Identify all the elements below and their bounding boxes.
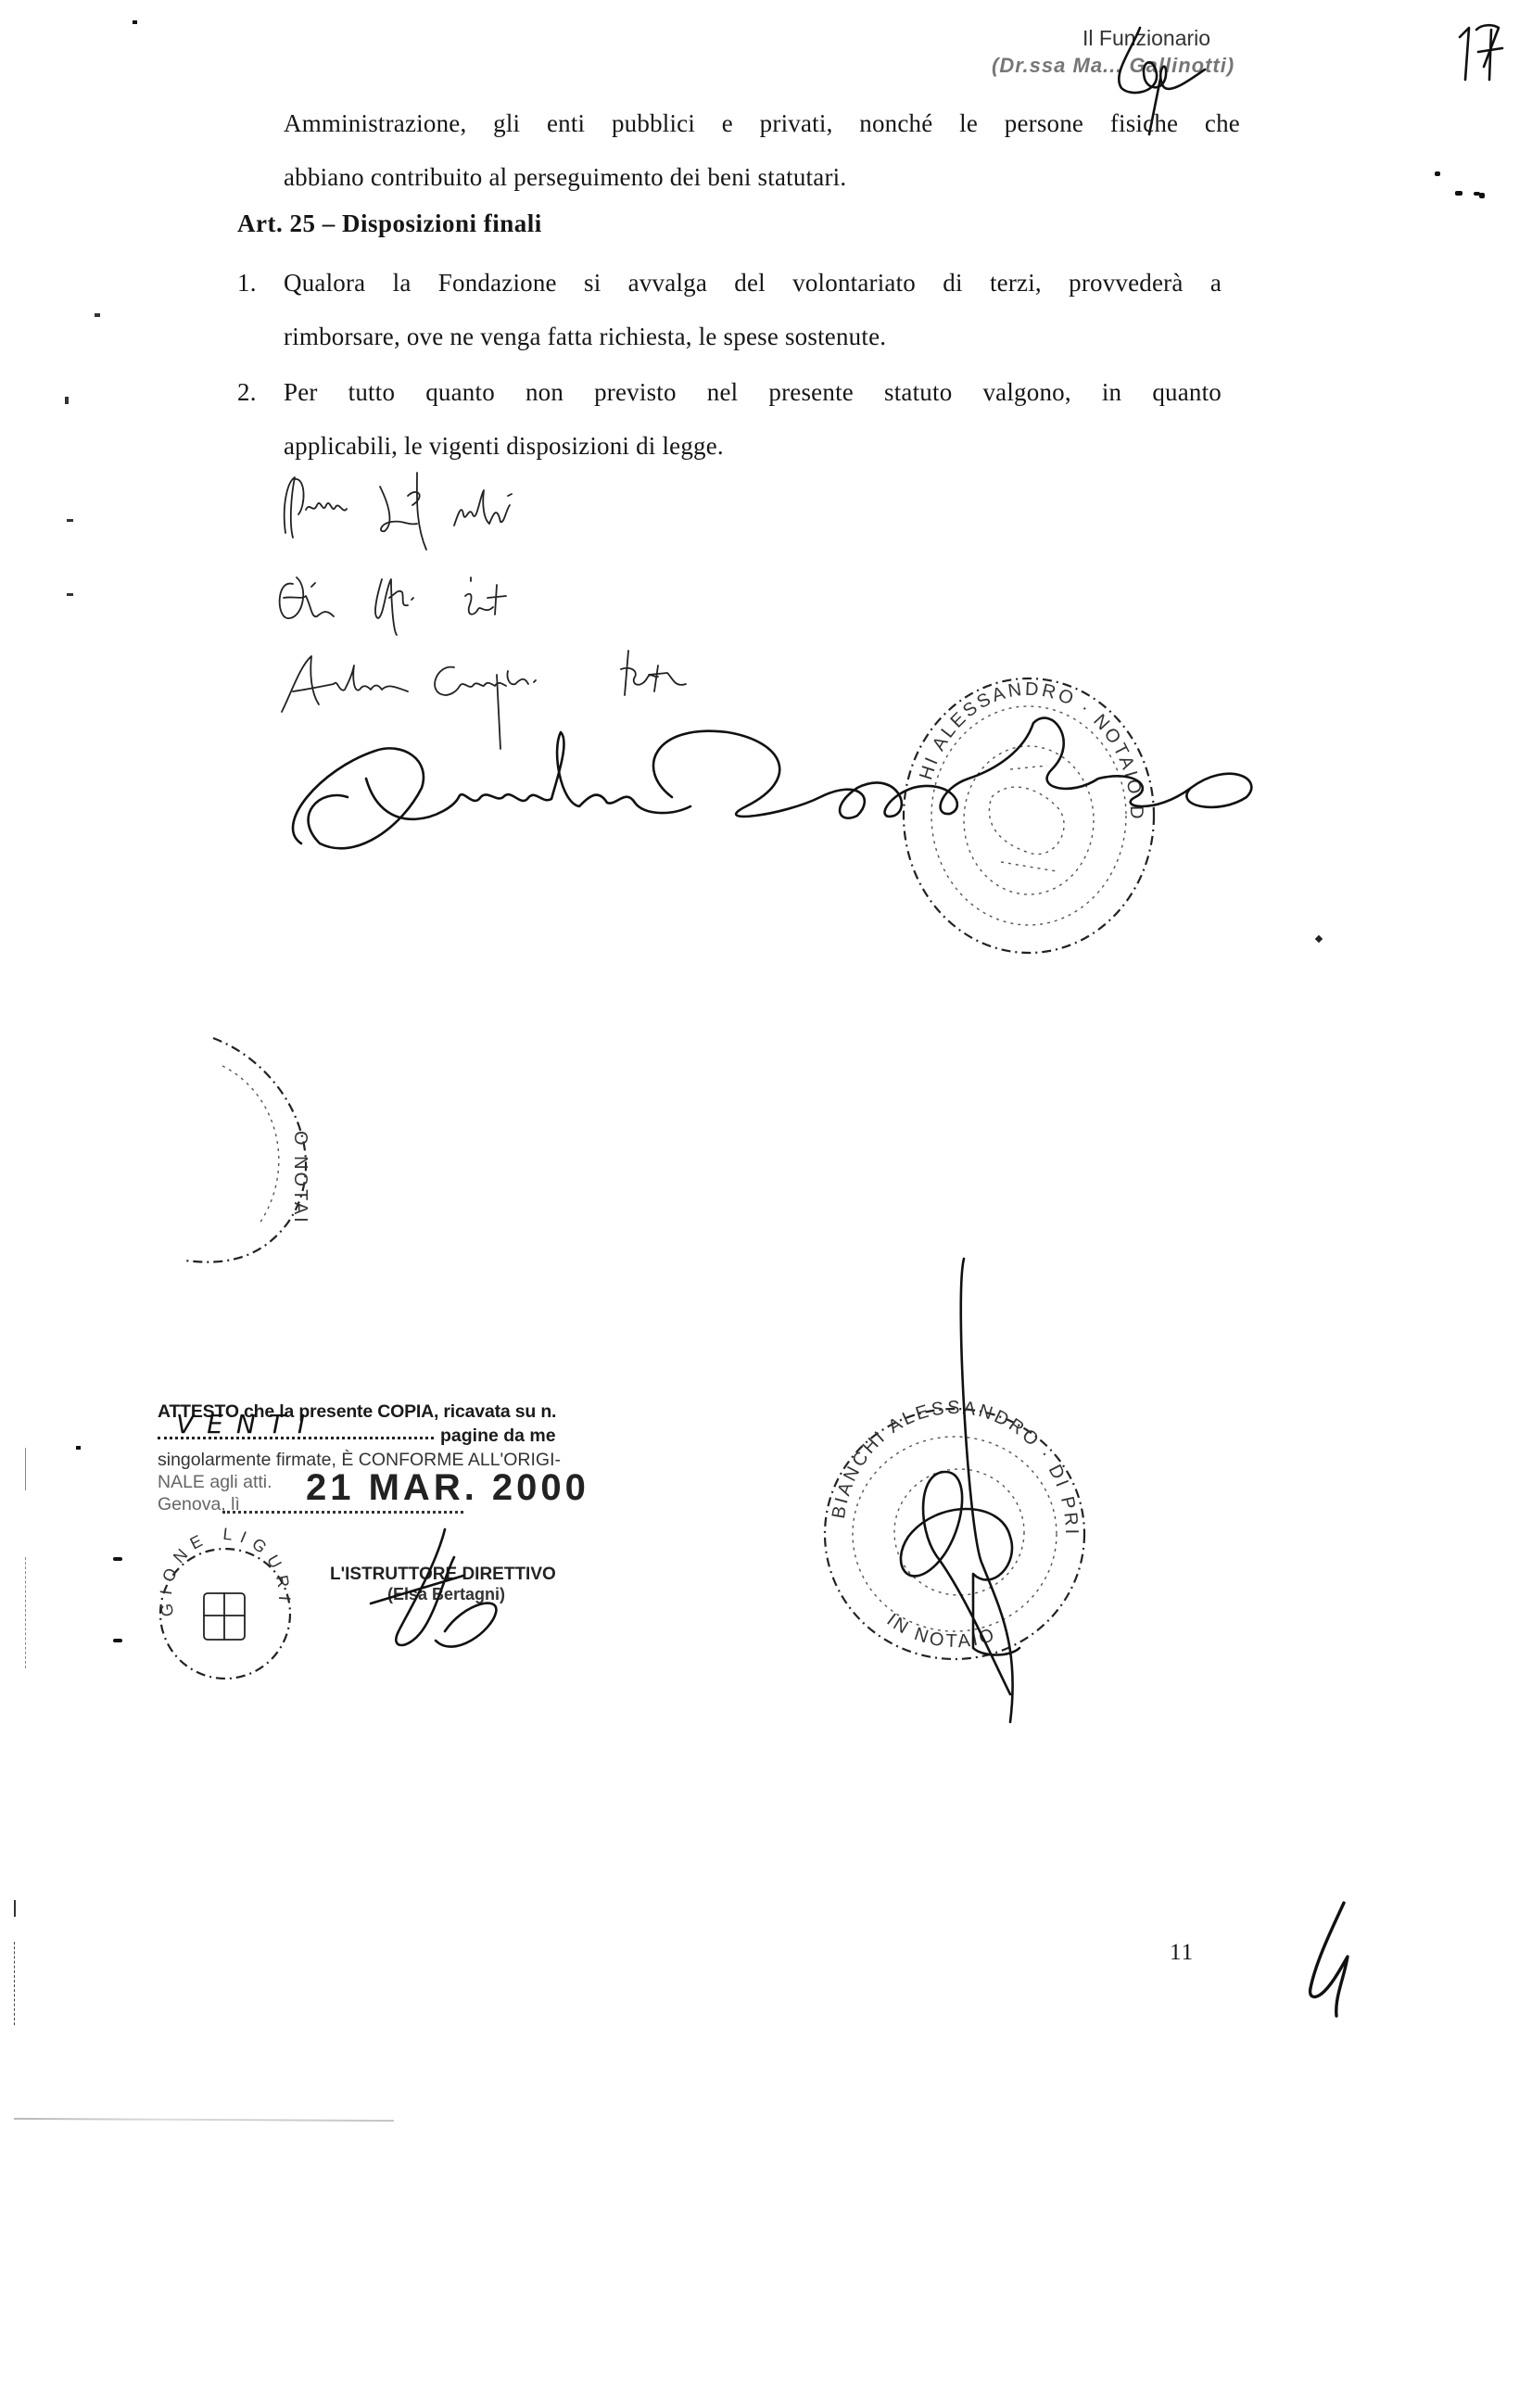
scan-mark	[1479, 193, 1485, 198]
continuation-line-2: abbiano contribuito al perseguimento dei…	[284, 163, 846, 192]
partial-seal-text: O NOTAI	[290, 1131, 310, 1225]
page-number: 11	[1170, 1940, 1194, 1966]
continuation-line-1: Amministrazione, gli enti pubblici e pri…	[284, 109, 1240, 138]
scan-mark	[1315, 935, 1323, 943]
cert-line-2: pagine da me	[440, 1424, 556, 1448]
clause-2-line-1: Per tutto quanto non previsto nel presen…	[284, 378, 1222, 407]
margin-line	[14, 1942, 16, 2025]
regione-liguria-seal: GIONE LIGURIA	[156, 1541, 295, 1680]
witness-signature-1	[278, 468, 575, 551]
cert-signature	[371, 1529, 510, 1659]
cert-date-dots	[222, 1511, 463, 1514]
scan-mark	[76, 1446, 81, 1450]
clause-1-number: 1.	[237, 269, 257, 298]
cert-handwritten-count: VENTI	[176, 1413, 318, 1437]
scan-mark	[133, 20, 137, 24]
scan-mark	[67, 593, 73, 596]
witness-signature-2	[274, 561, 589, 644]
clause-2-number: 2.	[237, 378, 257, 407]
bottom-scan-line	[14, 2118, 394, 2122]
handwritten-footer-mark	[1298, 1895, 1372, 2025]
clause-1-line-2: rimborsare, ove ne venga fatta richiesta…	[284, 323, 886, 351]
scan-mark	[1455, 191, 1462, 196]
scan-mark	[113, 1557, 122, 1561]
cert-date: 21 MAR. 2000	[306, 1476, 589, 1500]
scan-mark	[95, 313, 100, 317]
scan-mark	[113, 1639, 122, 1642]
notary-signature-lower	[880, 1259, 1066, 1722]
margin-line	[25, 1557, 27, 1668]
cert-line-4: NALE agli atti.	[158, 1470, 272, 1494]
scan-mark	[67, 519, 73, 522]
scan-mark	[65, 397, 69, 404]
margin-line	[14, 1900, 16, 1917]
scan-mark	[1435, 171, 1440, 176]
notary-signature	[264, 714, 1265, 853]
handwritten-page-number	[1450, 20, 1506, 85]
partial-seal-left: O NOTAI	[185, 1029, 334, 1270]
article-heading: Art. 25 – Disposizioni finali	[237, 209, 542, 238]
cert-dotted-line	[158, 1437, 434, 1439]
margin-line	[25, 1448, 26, 1490]
clause-1-line-1: Qualora la Fondazione si avvalga del vol…	[284, 269, 1222, 298]
clause-2-line-2: applicabili, le vigenti disposizioni di …	[284, 432, 724, 461]
